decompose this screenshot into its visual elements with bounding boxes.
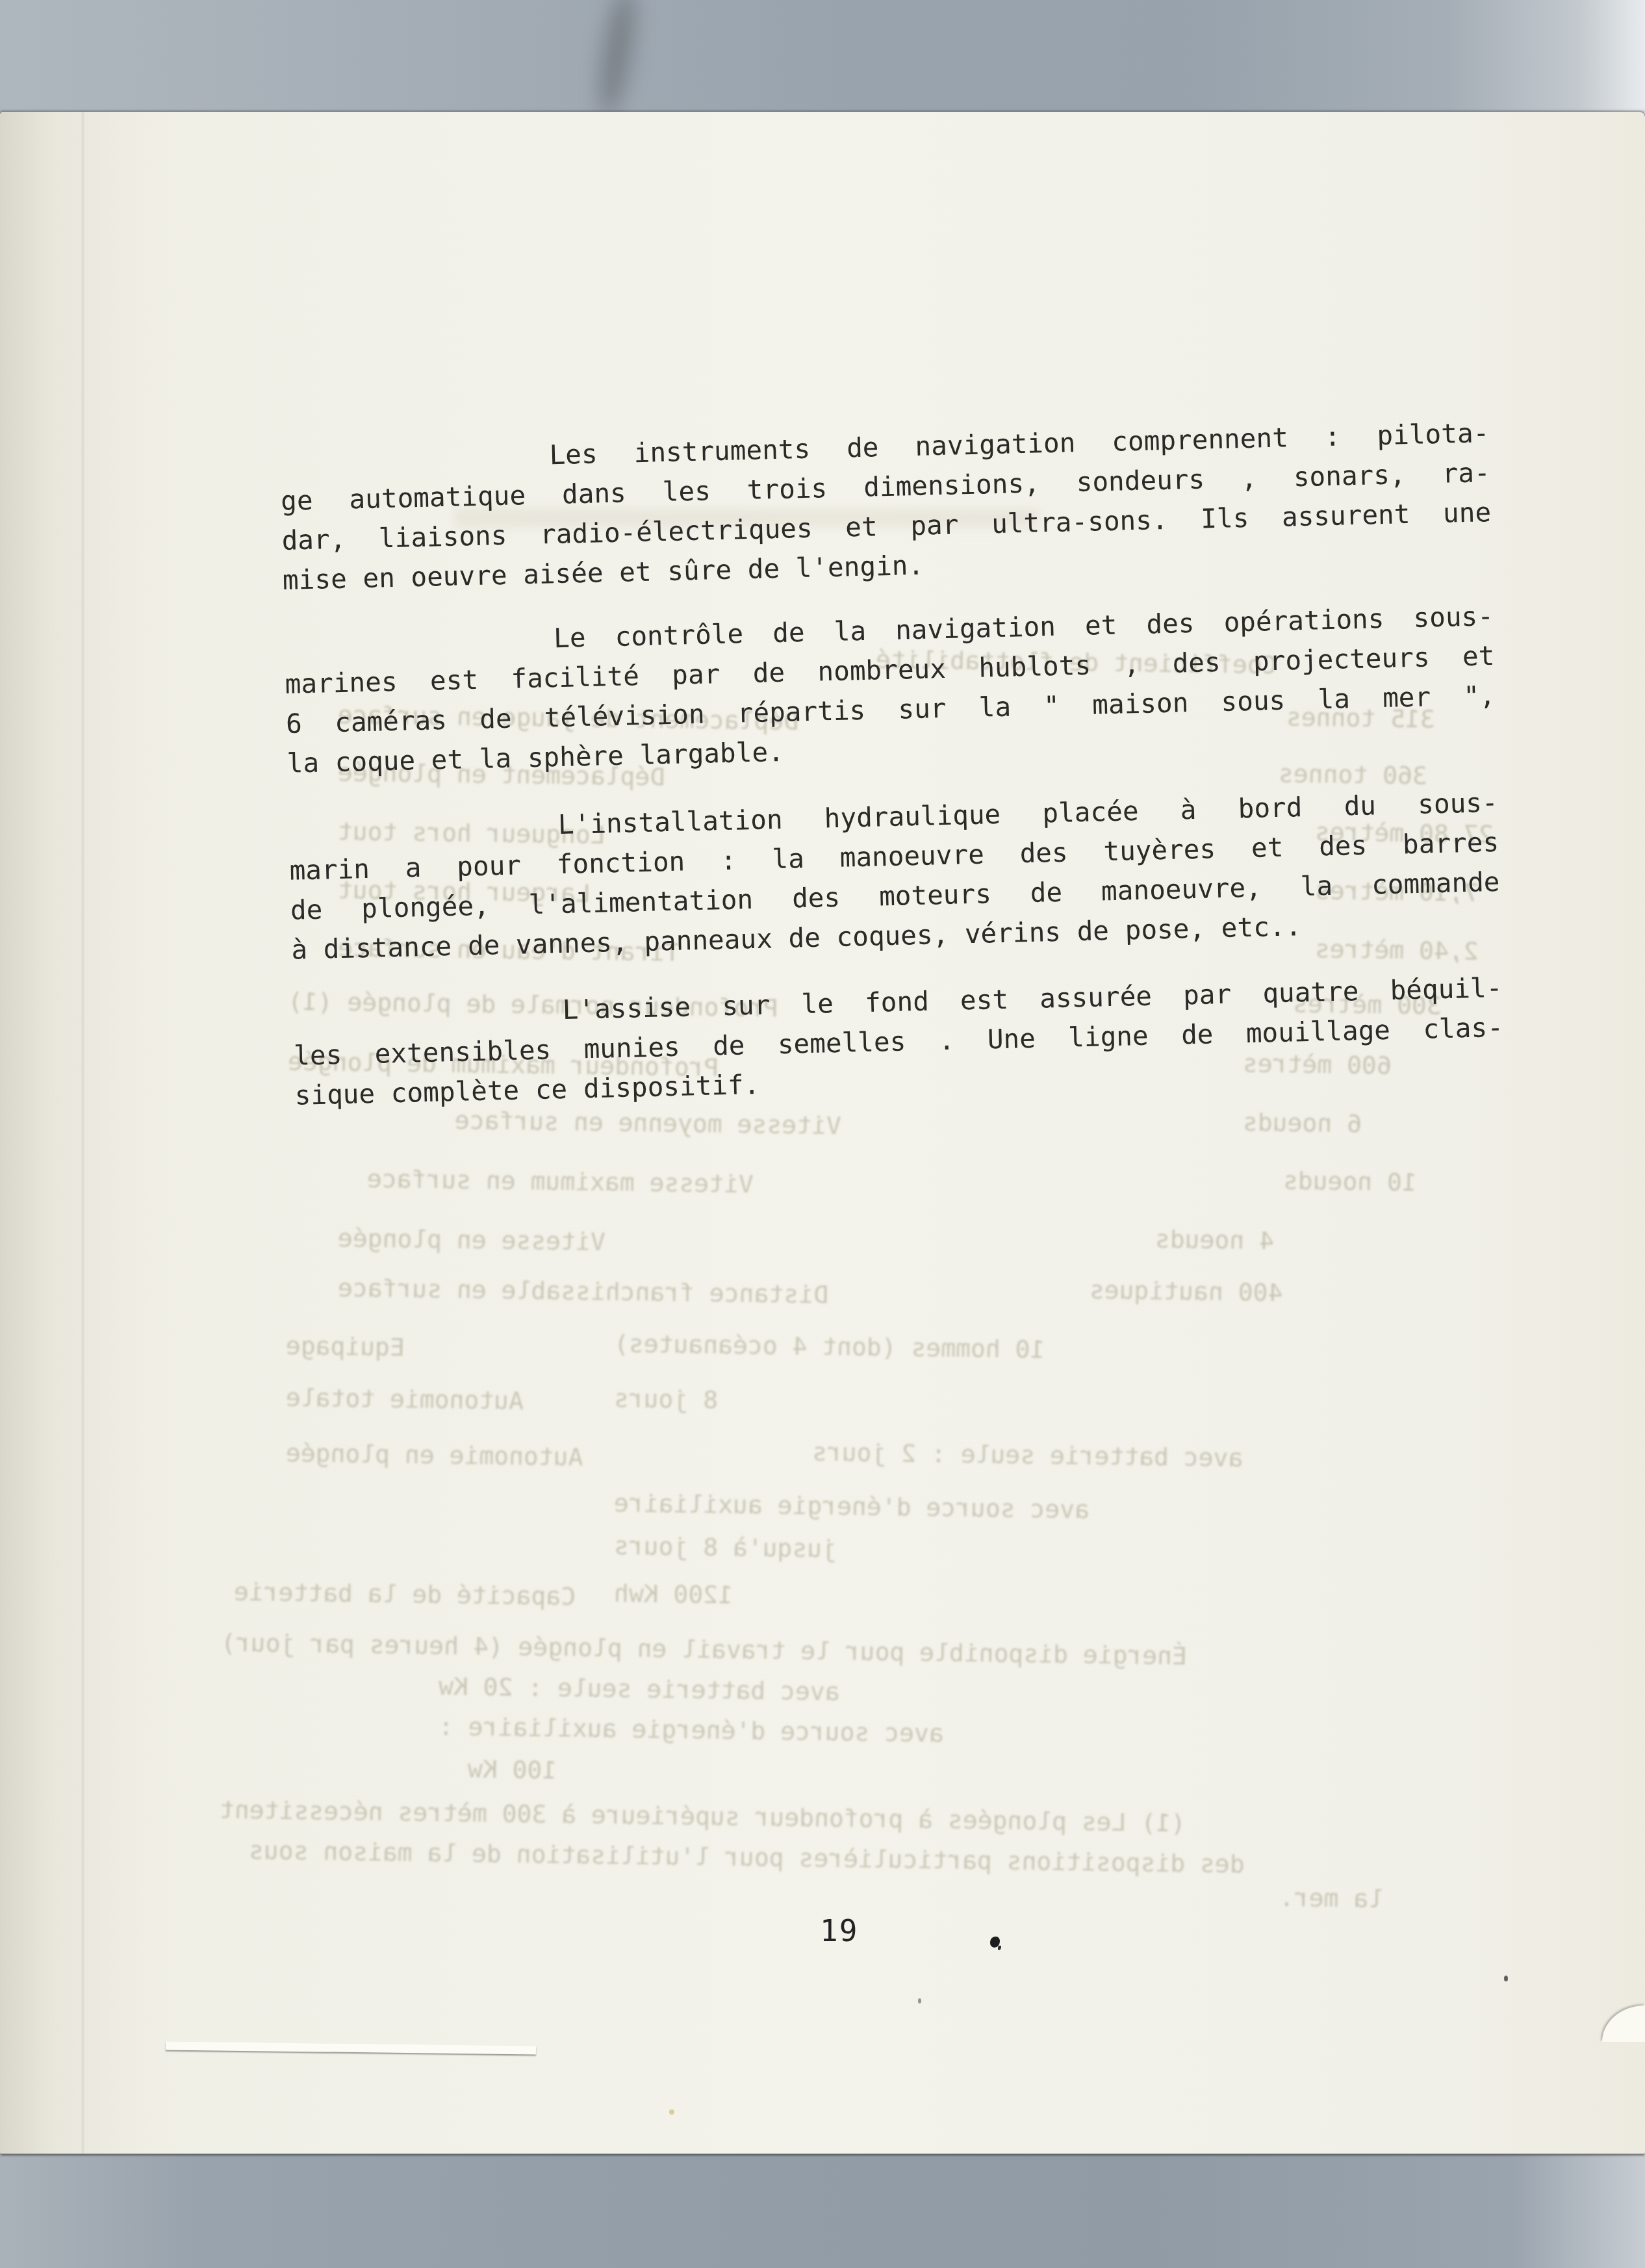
paragraph-installation-hydraulique: L'installation hydraulique placée à bord… <box>288 783 1501 970</box>
showthrough-text: (1) Les plongées à profondeur supérieure… <box>220 1796 1186 1838</box>
showthrough-text: des dispositions particulières pour l'ut… <box>249 1836 1245 1878</box>
showthrough-text: avec batterie seule : 20 Kw <box>439 1672 840 1707</box>
showthrough-text: jusqu'à 8 jours <box>614 1532 837 1564</box>
showthrough-text: avec batterie seule : 2 jours <box>812 1437 1243 1472</box>
showthrough-text: Capacité de la batterie <box>234 1577 576 1610</box>
showthrough-text: Énergie disponible pour le travail en pl… <box>221 1629 1188 1671</box>
paragraph-assise-sur-le-fond: L'assise sur le fond est assurée par qua… <box>292 968 1505 1116</box>
paragraph-instruments-navigation: Les instruments de navigation comprennen… <box>279 413 1492 600</box>
showthrough-text: avec source d'énergie auxiliaire <box>614 1489 1090 1524</box>
paper-fleck <box>669 2109 674 2115</box>
ink-speck <box>1504 1976 1508 1981</box>
showthrough-text: 100 Kw <box>468 1755 557 1785</box>
page-number: 19 <box>820 1913 858 1948</box>
typewritten-text-block: Les instruments de navigation comprennen… <box>279 413 1512 1416</box>
showthrough-text: la mer. <box>1279 1883 1384 1913</box>
ink-speck <box>918 1998 921 2004</box>
paragraph-controle-navigation: Le contrôle de la navigation et des opér… <box>284 597 1497 784</box>
showthrough-text: 1200 Kwh <box>614 1579 733 1610</box>
scanned-document: Coefficient de flottabilitéDéplacement d… <box>0 0 1645 2268</box>
showthrough-text: Autonomie en plongée <box>286 1439 583 1471</box>
showthrough-text: avec source d'énergie auxiliaire : <box>439 1712 944 1748</box>
